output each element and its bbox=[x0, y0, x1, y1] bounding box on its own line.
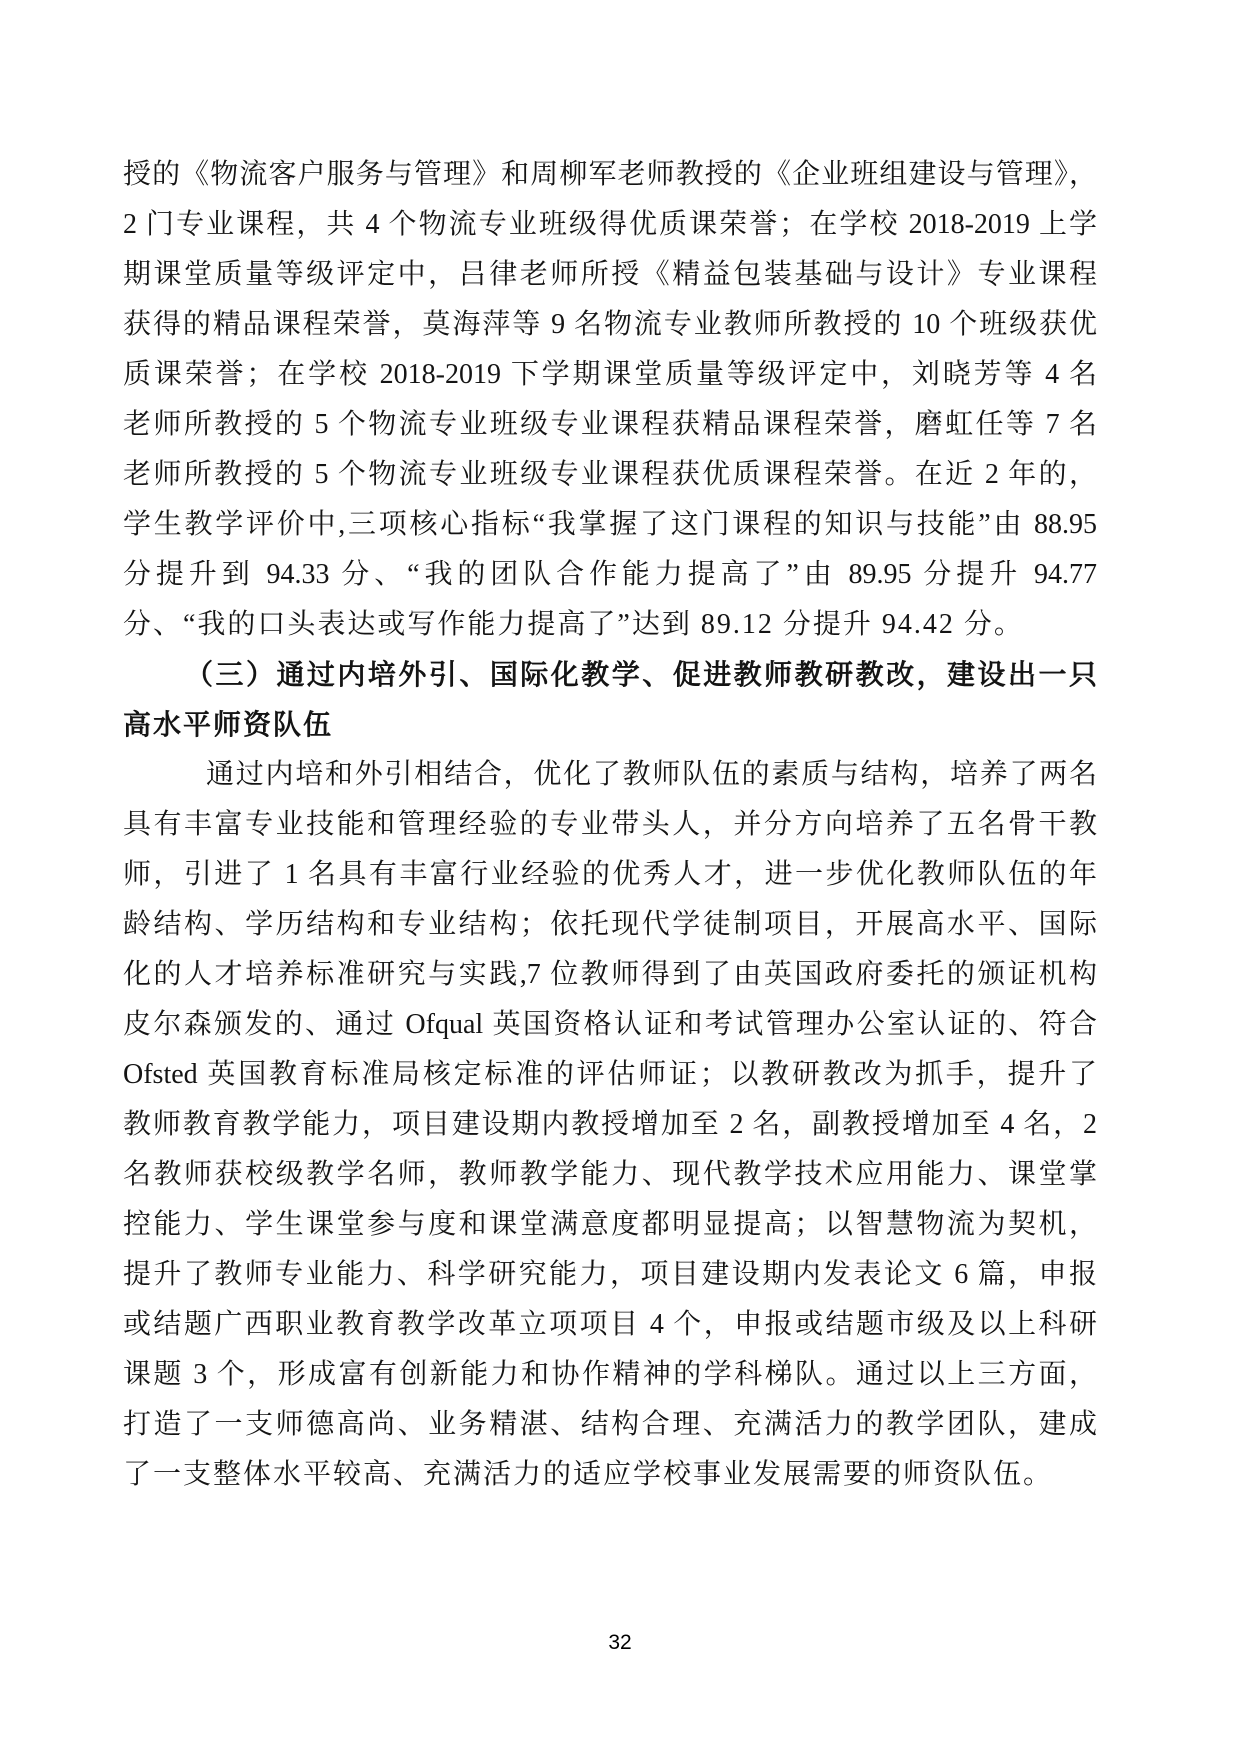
text-line: 化的人才培养标准研究与实践,7 位教师得到了由英国政府委托的颁证机构 bbox=[123, 950, 1097, 1000]
document-text-block: 授的《物流客户服务与管理》和周柳军老师教授的《企业班组建设与管理》， 2 门专业… bbox=[123, 150, 1097, 1500]
text-line: 皮尔森颁发的、通过 Ofqual 英国资格认证和考试管理办公室认证的、符合 bbox=[123, 1000, 1097, 1050]
text-line: 龄结构、学历结构和专业结构；依托现代学徒制项目，开展高水平、国际 bbox=[123, 900, 1097, 950]
text-line: 名教师获校级教学名师，教师教学能力、现代教学技术应用能力、课堂掌 bbox=[123, 1150, 1097, 1200]
text-line: 2 门专业课程，共 4 个物流专业班级得优质课荣誉；在学校 2018-2019 … bbox=[123, 200, 1097, 250]
text-line: 学生教学评价中,三项核心指标“我掌握了这门课程的知识与技能”由 88.95 bbox=[123, 500, 1097, 550]
text-line: 或结题广西职业教育教学改革立项项目 4 个，申报或结题市级及以上科研 bbox=[123, 1300, 1097, 1350]
document-page: 授的《物流客户服务与管理》和周柳军老师教授的《企业班组建设与管理》， 2 门专业… bbox=[0, 0, 1240, 1754]
section-heading-line: 高水平师资队伍 bbox=[123, 700, 1097, 750]
section-heading: （三）通过内培外引、国际化教学、促进教师教研教改，建设出一只 高水平师资队伍 bbox=[123, 650, 1097, 750]
body-paragraph-2: 通过内培和外引相结合，优化了教师队伍的素质与结构，培养了两名 具有丰富专业技能和… bbox=[123, 750, 1097, 1500]
text-line: 授的《物流客户服务与管理》和周柳军老师教授的《企业班组建设与管理》， bbox=[123, 150, 1097, 200]
text-line: 通过内培和外引相结合，优化了教师队伍的素质与结构，培养了两名 bbox=[123, 750, 1097, 800]
text-line: 老师所教授的 5 个物流专业班级专业课程获精品课程荣誉，磨虹任等 7 名 bbox=[123, 400, 1097, 450]
text-line: 师，引进了 1 名具有丰富行业经验的优秀人才，进一步优化教师队伍的年 bbox=[123, 850, 1097, 900]
body-paragraph-1: 授的《物流客户服务与管理》和周柳军老师教授的《企业班组建设与管理》， 2 门专业… bbox=[123, 150, 1097, 650]
text-line: 获得的精品课程荣誉，莫海萍等 9 名物流专业教师所教授的 10 个班级获优 bbox=[123, 300, 1097, 350]
text-line: 分、“我的口头表达或写作能力提高了”达到 89.12 分提升 94.42 分。 bbox=[123, 600, 1097, 650]
text-line: 具有丰富专业技能和管理经验的专业带头人，并分方向培养了五名骨干教 bbox=[123, 800, 1097, 850]
text-line: 打造了一支师德高尚、业务精湛、结构合理、充满活力的教学团队，建成 bbox=[123, 1400, 1097, 1450]
text-line: 老师所教授的 5 个物流专业班级专业课程获优质课程荣誉。在近 2 年的， bbox=[123, 450, 1097, 500]
page-number: 32 bbox=[0, 1628, 1240, 1658]
text-line: 教师教育教学能力，项目建设期内教授增加至 2 名，副教授增加至 4 名，2 bbox=[123, 1100, 1097, 1150]
text-line: 质课荣誉；在学校 2018-2019 下学期课堂质量等级评定中，刘晓芳等 4 名 bbox=[123, 350, 1097, 400]
text-line: 分提升到 94.33 分、“我的团队合作能力提高了”由 89.95 分提升 94… bbox=[123, 550, 1097, 600]
text-line: 了一支整体水平较高、充满活力的适应学校事业发展需要的师资队伍。 bbox=[123, 1450, 1097, 1500]
text-line: 期课堂质量等级评定中，吕律老师所授《精益包装基础与设计》专业课程 bbox=[123, 250, 1097, 300]
section-heading-line: （三）通过内培外引、国际化教学、促进教师教研教改，建设出一只 bbox=[123, 650, 1097, 700]
text-line: Ofsted 英国教育标准局核定标准的评估师证；以教研教改为抓手，提升了 bbox=[123, 1050, 1097, 1100]
text-line: 控能力、学生课堂参与度和课堂满意度都明显提高；以智慧物流为契机， bbox=[123, 1200, 1097, 1250]
text-line: 提升了教师专业能力、科学研究能力，项目建设期内发表论文 6 篇，申报 bbox=[123, 1250, 1097, 1300]
text-line: 课题 3 个，形成富有创新能力和协作精神的学科梯队。通过以上三方面， bbox=[123, 1350, 1097, 1400]
